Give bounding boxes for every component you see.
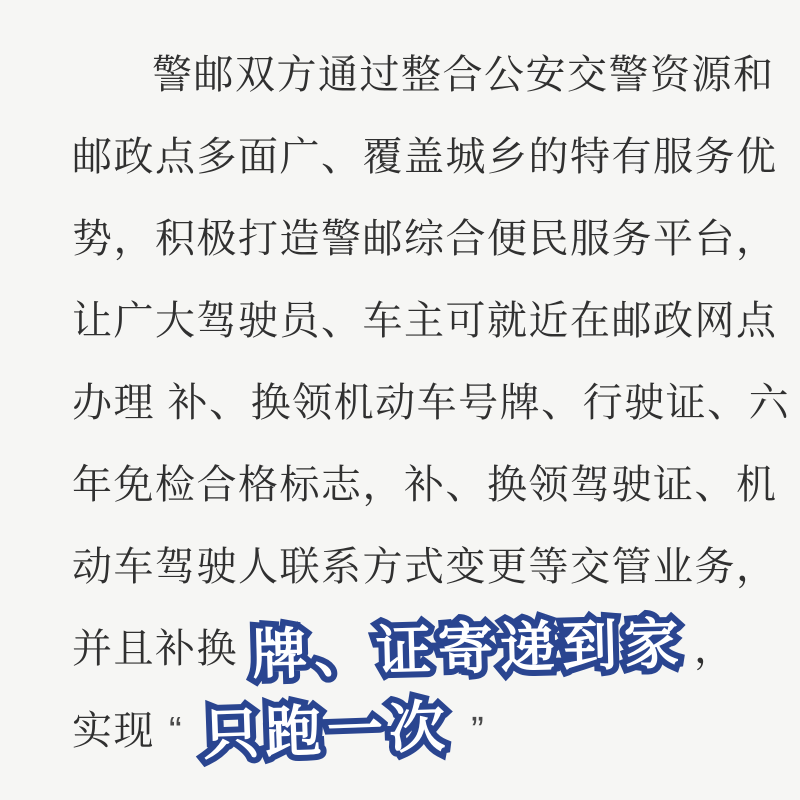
delivery-line-comma: ， [694, 608, 736, 690]
once-line-prefix: 实现 [72, 690, 155, 772]
delivery-line-prefix: 并且补换 [72, 608, 238, 690]
text-line-1: 警邮双方通过整合公安交警资源和 [72, 34, 760, 116]
bubble-once-fill: 只跑一次 [202, 695, 452, 767]
bubble-text-once: 只跑一次 只跑一次 [202, 699, 452, 764]
text-line-5: 办理 补、换领机动车号牌、行驶证、六 [72, 362, 760, 444]
bubble-delivery-fill: 牌、证寄递到家 [251, 612, 686, 685]
paragraph: 警邮双方通过整合公安交警资源和 邮政点多面广、覆盖城乡的特有服务优 势，积极打造… [72, 34, 760, 772]
text-line-8-delivery: 并且补换 牌、证寄递到家 牌、证寄递到家 ， [72, 608, 760, 690]
bubble-text-delivery: 牌、证寄递到家 牌、证寄递到家 [251, 616, 686, 682]
text-line-9-once: 实现 “ 只跑一次 只跑一次 ” [72, 690, 760, 772]
text-line-6: 年免检合格标志，补、换领驾驶证、机 [72, 444, 760, 526]
text-line-2: 邮政点多面广、覆盖城乡的特有服务优 [72, 116, 760, 198]
text-line-7: 动车驾驶人联系方式变更等交管业务， [72, 526, 760, 608]
text-line-3: 势，积极打造警邮综合便民服务平台， [72, 198, 760, 280]
close-quote: ” [471, 690, 485, 772]
open-quote: “ [169, 690, 183, 772]
text-line-4: 让广大驾驶员、车主可就近在邮政网点 [72, 280, 760, 362]
article-page: 警邮双方通过整合公安交警资源和 邮政点多面广、覆盖城乡的特有服务优 势，积极打造… [0, 0, 800, 800]
